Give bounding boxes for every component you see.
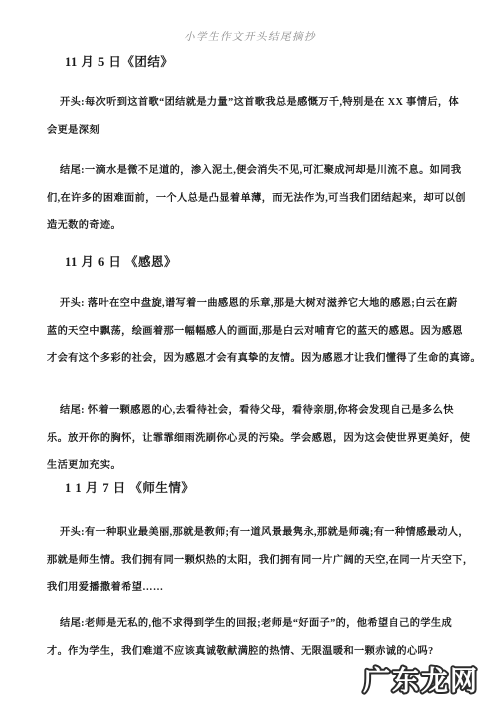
text-line: 我们用爱播撒着希望……: [47, 574, 487, 602]
text-line: 开头: 落叶在空中盘旋,谱写着一曲感恩的乐章,那是大树对滋养它大地的感恩;白云在…: [47, 290, 487, 318]
closing-paragraph-nov5: 结尾:一滴水是微不足道的，渗入泥土,便会消失不见,可汇聚成河却是川流不息。如同我…: [47, 157, 487, 240]
opening-paragraph-nov5: 开头:每次听到这首歌“团结就是力量”这首歌我总是感慨万千,特别是在 XX 事情后…: [47, 89, 487, 144]
closing-paragraph-nov6: 结尾: 怀着一颗感恩的心,去看待社会，看待父母，看待亲朋,你将会发现自己是多么快…: [47, 397, 487, 480]
text-line: 才会有这个多彩的社会，因为感恩才会有真挚的友情。因为感恩才让我们懂得了生命的真谛…: [47, 345, 487, 373]
text-line: 乐。放开你的胸怀，让霏霏细雨洗刷你心灵的污染。学会感恩，因为这会使世界更美好，使: [47, 425, 487, 453]
section-heading-nov7: 1 1 月 7 日 《师生情》: [65, 480, 194, 497]
document-title: 小学生作文开头结尾摘抄: [0, 31, 500, 45]
text-line: 结尾: 怀着一颗感恩的心,去看待社会，看待父母，看待亲朋,你将会发现自己是多么快: [47, 397, 487, 425]
text-line: 造无数的奇迹。: [47, 212, 487, 240]
section-heading-nov6: 11 月 6 日 《感恩》: [65, 254, 177, 271]
text-line: 结尾:老师是无私的,他不求得到学生的回报;老师是“好面子”的，他希望自己的学生成: [47, 610, 487, 638]
text-line: 生活更加充实。: [47, 452, 487, 480]
text-line: 蓝的天空中飘荡，绘画着那一幅幅感人的画面,那是白云对哺育它的蓝天的感恩。因为感恩: [47, 318, 487, 346]
text-line: 那就是师生情。我们拥有同一颗炽热的太阳，我们拥有同一片广阔的天空,在同一片天空下…: [47, 547, 487, 575]
document-page: 小学生作文开头结尾摘抄 11 月 5 日《团结》 开头:每次听到这首歌“团结就是…: [0, 0, 500, 708]
text-line: 会更是深刻: [47, 117, 487, 145]
text-line: 开头:有一种职业最美丽,那就是教师;有一道风景最隽永,那就是师魂;有一种情感最动…: [47, 519, 487, 547]
opening-paragraph-nov7: 开头:有一种职业最美丽,那就是教师;有一道风景最隽永,那就是师魂;有一种情感最动…: [47, 519, 487, 602]
watermark-text: 广东龙网: [363, 666, 479, 697]
text-line: 开头:每次听到这首歌“团结就是力量”这首歌我总是感慨万千,特别是在 XX 事情后…: [47, 89, 487, 117]
watermark-logo: 广东龙网: [350, 656, 492, 704]
section-heading-nov5: 11 月 5 日《团结》: [65, 54, 173, 71]
text-line: 结尾:一滴水是微不足道的，渗入泥土,便会消失不见,可汇聚成河却是川流不息。如同我: [47, 157, 487, 185]
text-line: 们,在许多的困难面前，一个人总是凸显着单薄，而无法作为,可当我们团结起来，却可以…: [47, 185, 487, 213]
opening-paragraph-nov6: 开头: 落叶在空中盘旋,谱写着一曲感恩的乐章,那是大树对滋养它大地的感恩;白云在…: [47, 290, 487, 373]
